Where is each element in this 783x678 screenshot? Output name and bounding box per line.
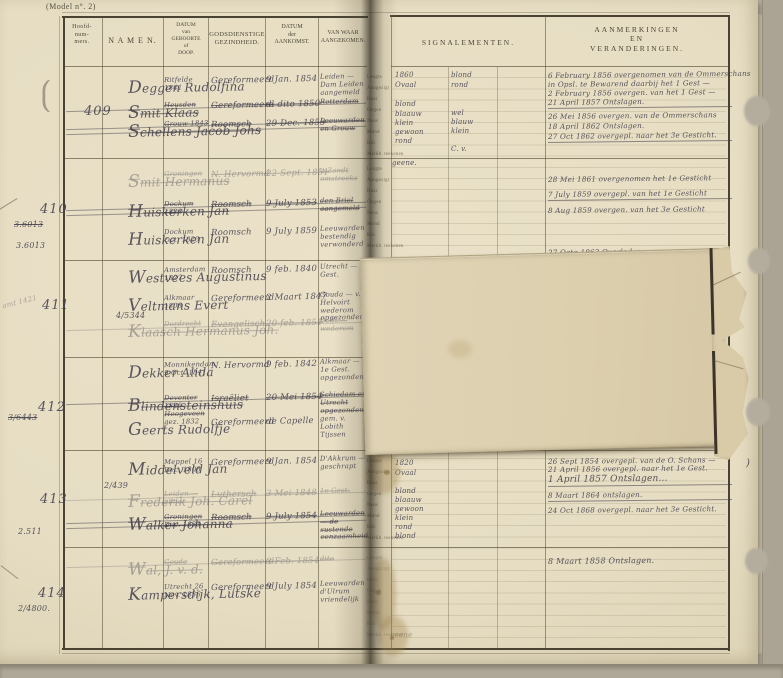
model-label: (Model n°. 2): [46, 2, 96, 12]
header-line: Hoofd-: [64, 24, 100, 32]
entry-arrival: 9 Jan. 1854: [266, 456, 317, 467]
header-line: DOOP.: [164, 50, 208, 57]
entry-religion: N. Hervormd: [211, 169, 270, 180]
col-divider: [318, 17, 319, 649]
remark: 21 April 1857 Ontslagen.: [548, 96, 732, 109]
scanned-register-page: (Model n°. 2) Hoofd- num- mers. N A M E …: [0, 0, 783, 678]
entry-arrival: 9 July 1854: [266, 581, 317, 592]
entry-arrival: 9 feb. 1840: [266, 264, 317, 275]
remark: 8 Aug 1859 overgen. van het 3e Gesticht: [548, 204, 732, 215]
sig-value: blauw: [451, 118, 473, 126]
remark: 8 Maart 1858 Ontslagen.: [548, 555, 732, 566]
sub-number: 2/439: [104, 481, 128, 490]
sub-number: 3/6443: [8, 413, 37, 422]
background-bottom: [0, 664, 783, 678]
overlay-stain: [448, 340, 472, 358]
header-line: AANKOMST.: [266, 39, 318, 47]
sig-value: blaauw: [395, 496, 422, 504]
header-line: VERANDERINGEN.: [546, 44, 728, 53]
header-line: der: [266, 32, 318, 40]
entry-religion: Gereformeerd: [211, 582, 274, 593]
entry-birth: Utrecht 26 Nov. 1836: [164, 583, 210, 600]
header-line: GEBOORTE: [164, 36, 208, 43]
entry-arrival: 9 Jan. 1854: [266, 74, 317, 85]
sig-value: klein: [451, 127, 469, 135]
remark: 26 Mei 1856 overgen. van de Ommerschans: [548, 110, 732, 121]
row-number: 412: [38, 400, 66, 415]
header-line: DATUM: [164, 22, 208, 29]
sig-value: blond: [451, 71, 472, 79]
col-header-aanmerkingen: AANMERKINGEN EN VERANDERINGEN.: [546, 25, 728, 53]
header-line: DATUM: [266, 24, 318, 32]
entry-birth: Groningen: [164, 170, 210, 179]
remark: 1 April 1857 Ontslagen…: [548, 473, 732, 487]
col-header-geboorte: DATUM van GEBOORTE of DOOP.: [164, 22, 208, 56]
sig-value: blaauw: [395, 110, 422, 118]
header-line: van: [164, 29, 208, 36]
entry-arrival: de Capelle: [266, 416, 314, 427]
row-number: 413: [40, 492, 68, 507]
sub-number: 3.6013: [14, 220, 43, 229]
entry-arrival: 2 Maart 1847: [266, 292, 327, 303]
col-header-godsdienst: GODSDIENSTIGE GEZINDHEID.: [209, 31, 265, 47]
header-line: EN: [546, 34, 728, 43]
entry-birth: Amsterdam 1827: [164, 266, 210, 283]
remark: 27 Oct 1862 overgepl. naar het 3e Gestic…: [548, 130, 732, 143]
sig-value: blond: [395, 487, 416, 495]
entry-religion: N. Hervormd: [211, 360, 270, 371]
header-bottom-right: [391, 66, 729, 67]
sig-value: Ovaal: [395, 81, 416, 89]
frame-left: [63, 16, 65, 650]
deckle-notch: [744, 96, 770, 126]
remark: 28 Mei 1861 overgenomen het 1e Gesticht: [548, 173, 732, 184]
sig-value: C. v.: [451, 145, 467, 153]
margin-flourish: ⟮: [40, 76, 51, 114]
col-header-namen: N A M E N.: [102, 36, 163, 46]
sig-value: rond: [451, 81, 468, 89]
header-line: num-: [64, 32, 100, 40]
entry-religion: Gereformeerd: [211, 417, 274, 428]
entry-birth: Ritfelde 1841: [164, 76, 210, 93]
sig-value: gewoon: [395, 128, 424, 136]
sub-number: 2/4800.: [18, 604, 50, 613]
entry-religion: Roomsch: [211, 265, 252, 276]
frame-top-right: [390, 15, 730, 17]
sig-value: gewoon: [395, 505, 424, 513]
row-number: 414: [38, 586, 66, 601]
entry-birth: Dockum Oct. 1823: [164, 228, 210, 245]
header-line: GEZINDHEID.: [209, 39, 265, 47]
remark: 24 Oct 1868 overgepl. naar het 3e Gestic…: [548, 504, 732, 515]
entry-religion: Gereformeerd: [211, 457, 274, 468]
remark: 7 July 1859 overgepl. van het 1e Gestich…: [548, 188, 732, 201]
entry-arrival: 9 July 1859: [266, 226, 317, 237]
header-line: AANMERKINGEN: [546, 25, 728, 34]
entry-religion: Roomsch: [211, 227, 252, 238]
frame-top-left: [62, 16, 368, 18]
col-header-signalementen: SIGNALEMENTEN.: [392, 38, 545, 47]
remark: 18 April 1862 Ontslagen.: [548, 120, 732, 131]
header-line: GODSDIENSTIGE: [209, 31, 265, 39]
col-header-hoofdnummers: Hoofd- num- mers.: [64, 24, 100, 47]
sub-number: 3.6013: [16, 241, 45, 250]
header-line: of: [164, 43, 208, 50]
entry-birth: Monnikendam 9 Oct. 1841: [164, 361, 210, 378]
header-line: mers.: [64, 39, 100, 47]
entry-arrival: 9 feb. 1842: [266, 359, 317, 370]
loose-paper-overlay: [360, 244, 752, 470]
entry-religion: Gereformeerd: [211, 293, 274, 304]
entry-religion: Gereformeerd: [211, 75, 274, 86]
loose-paper-sheet: [360, 248, 727, 455]
entry-birth: gez. 1832: [164, 418, 210, 427]
deckle-notch: [745, 548, 768, 574]
header-bottom-left: [63, 66, 367, 67]
col-header-aankomst: DATUM der AANKOMST.: [266, 24, 318, 47]
row-number: 411: [42, 298, 70, 313]
remark: 8 Maart 1864 ontslagen.: [548, 489, 732, 502]
sig-value: wel: [451, 109, 464, 117]
entry-birth: Meppel 16 Dec. 1808: [164, 458, 210, 475]
sig-value: blond: [395, 100, 416, 108]
sig-value: blond: [395, 532, 416, 540]
frame-line: [59, 16, 60, 654]
entry-birth: Alkmaar 1808: [164, 294, 210, 311]
entry-birth: Deventer 1825 Hoogeveen: [164, 394, 210, 418]
row-number: 410: [40, 202, 68, 217]
sub-number: 2.511: [18, 527, 42, 536]
